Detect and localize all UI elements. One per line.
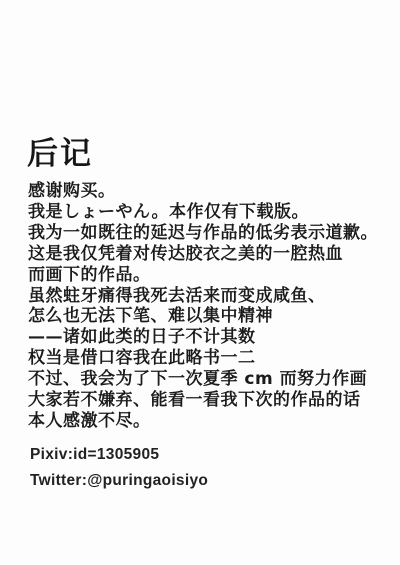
body-line: 不过、我会为了下一次夏季 cm 而努力作画	[28, 369, 396, 390]
body-line: 这是我仅凭着对传达胶衣之美的一腔热血	[28, 244, 396, 265]
body-line: 权当是借口容我在此略书一二	[28, 348, 396, 369]
afterword-page: 后记 感谢购买。 我是しょーやん。本作仅有下载版。 我为一如既往的延迟与作品的低…	[0, 0, 400, 565]
twitter-handle: Twitter:@puringaoisiyo	[30, 473, 208, 489]
body-line: 感谢购买。	[28, 181, 396, 202]
body-line: 怎么也无法下笔、难以集中精神	[28, 306, 396, 327]
author-links: Pixiv:id=1305905 Twitter:@puringaoisiyo	[30, 447, 208, 499]
body-line: ——诸如此类的日子不计其数	[28, 327, 396, 348]
body-line: 虽然蛀牙痛得我死去活来而变成咸鱼、	[28, 286, 396, 307]
body-line: 而画下的作品。	[28, 265, 396, 286]
body-line: 大家若不嫌弃、能看一看我下次的作品的话	[28, 390, 396, 411]
body-line: 本人感激不尽。	[28, 411, 396, 432]
body-line: 我是しょーやん。本作仅有下载版。	[28, 202, 396, 223]
page-title: 后记	[27, 128, 93, 173]
afterword-body: 感谢购买。 我是しょーやん。本作仅有下载版。 我为一如既往的延迟与作品的低劣表示…	[28, 181, 396, 432]
body-line: 我为一如既往的延迟与作品的低劣表示道歉。	[28, 223, 396, 244]
pixiv-id: Pixiv:id=1305905	[30, 447, 208, 463]
